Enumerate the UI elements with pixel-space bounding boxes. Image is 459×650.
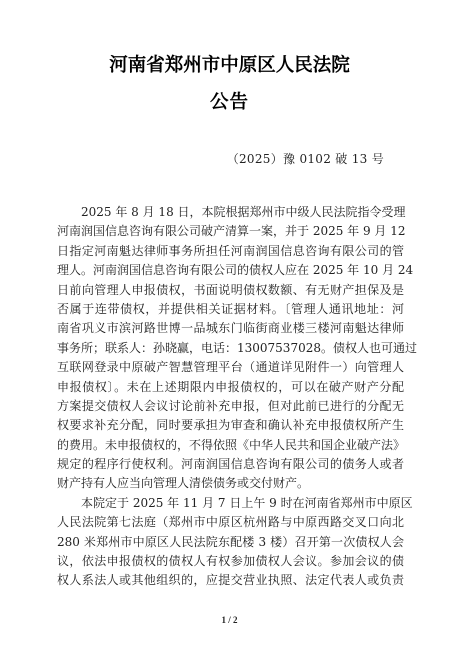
text-line: 日前向管理人申报债权，书面说明债权数额、有无财产担保及是 — [57, 281, 404, 300]
text-line: 的费用。未申报债权的，不得依照《中华人民共和国企业破产法》 — [57, 436, 404, 455]
text-line: 互联网登录中原破产智慧管理平台（通道详见附件一）向管理人 — [57, 358, 404, 377]
text-line: 权要求补充分配，同时要承担为审查和确认补充申报债权所产生 — [57, 416, 404, 435]
text-line: 规定的程序行使权利。河南润国信息咨询有限公司的债务人或者 — [57, 455, 404, 474]
document-body: 2025 年 8 月 18 日，本院根据郑州市中级人民法院指令受理 河南润国信息… — [57, 203, 404, 591]
paragraph-2: 本院定于 2025 年 11 月 7 日上午 9 时在河南省郑州市中原区 人民法… — [57, 494, 404, 591]
text-line: 财产持有人应当向管理人清偿债务或交付财产。 — [57, 474, 404, 493]
text-line: 河南润国信息咨询有限公司破产清算一案，并于 2025 年 9 月 12 — [57, 222, 404, 241]
text-line: 事务所；联系人：孙晓赢，电话：13007537028。债权人也可通过 — [57, 339, 404, 358]
text-line: 280 米郑州市中原区人民法院东配楼 3 楼）召开第一次债权人会 — [57, 533, 404, 552]
text-line: 日指定河南魁达律师事务所担任河南润国信息咨询有限公司的管 — [57, 242, 404, 261]
text-line: 南省巩义市滨河路世博一品城东门临街商业楼三楼河南魁达律师 — [57, 319, 404, 338]
text-line: 人民法院第七法庭（郑州市中原区杭州路与中原西路交叉口向北 — [57, 513, 404, 532]
document-page: 河南省郑州市中原区人民法院 公告 （2025）豫 0102 破 13 号 202… — [0, 0, 459, 650]
docket-number: （2025）豫 0102 破 13 号 — [227, 150, 384, 168]
text-line: 方案提交债权人会议讨论前补充申报，但对此前已进行的分配无 — [57, 397, 404, 416]
text-line: 议，依法申报债权的债权人有权参加债权人会议。参加会议的债 — [57, 552, 404, 571]
text-line: 申报债权〕。未在上述期限内申报债权的，可以在破产财产分配 — [57, 378, 404, 397]
text-line: 2025 年 8 月 18 日，本院根据郑州市中级人民法院指令受理 — [57, 203, 404, 222]
text-line: 本院定于 2025 年 11 月 7 日上午 9 时在河南省郑州市中原区 — [57, 494, 404, 513]
text-line: 否属于连带债权，并提供相关证据材料。〔管理人通讯地址：河 — [57, 300, 404, 319]
paragraph-1: 2025 年 8 月 18 日，本院根据郑州市中级人民法院指令受理 河南润国信息… — [57, 203, 404, 494]
document-type-heading: 公告 — [0, 91, 459, 115]
text-line: 理人。河南润国信息咨询有限公司的债权人应在 2025 年 10 月 24 — [57, 261, 404, 280]
page-number: 1 / 2 — [0, 615, 459, 625]
court-name-heading: 河南省郑州市中原区人民法院 — [0, 54, 459, 78]
text-line: 权人系法人或其他组织的，应提交营业执照、法定代表人或负责 — [57, 571, 404, 590]
